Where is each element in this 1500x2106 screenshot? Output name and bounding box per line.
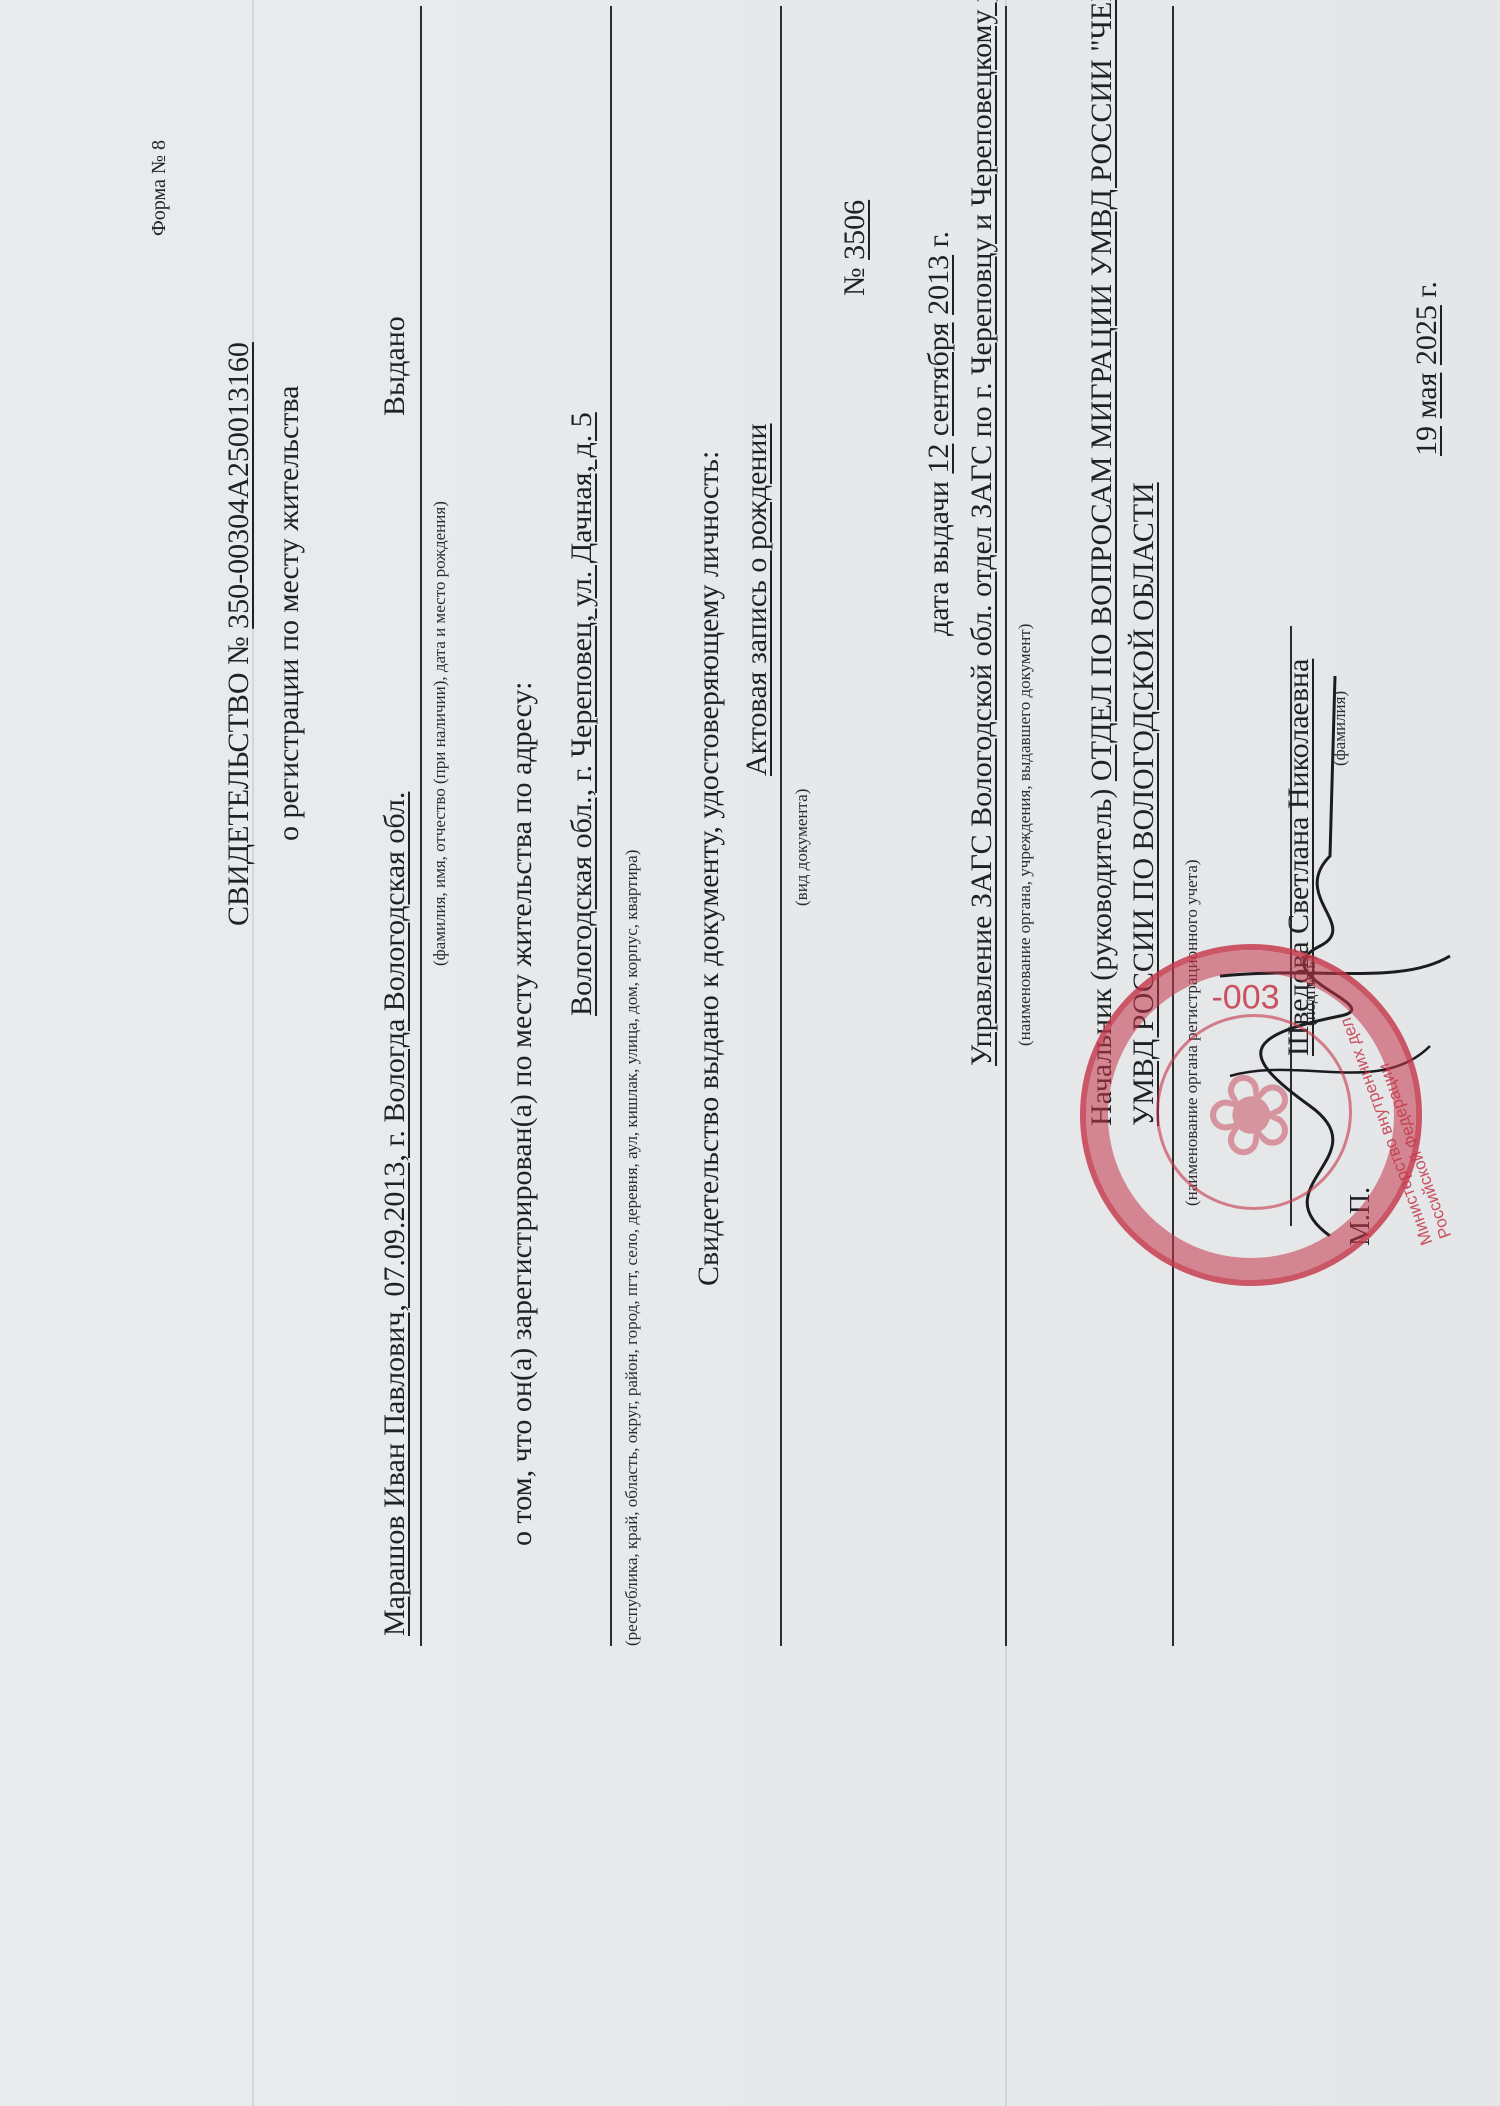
certificate-number: 350-00304A250013160 — [222, 342, 255, 629]
form-number: Форма № 8 — [148, 140, 171, 236]
signer-hint: (фамилия) — [1330, 691, 1350, 766]
registration-statement: о том, что он(а) зарегистрирован(а) по м… — [505, 682, 539, 1546]
issue-date: дата выдачи 12 сентября 2013 г. — [922, 231, 956, 636]
identity-statement: Свидетельство выдано к документу, удосто… — [692, 451, 726, 1286]
registration-hint: (республика, край, область, округ, район… — [622, 850, 642, 1646]
certificate-subtitle: о регистрации по месту жительства — [272, 386, 306, 841]
issuer-underline — [1005, 6, 1007, 1646]
document-number: № 3506 — [838, 200, 872, 296]
issued-to-label: Выдано — [378, 316, 412, 416]
document-type-underline — [780, 6, 782, 1646]
document-type-hint: (вид документа) — [792, 789, 812, 906]
fold-line — [252, 0, 254, 2106]
address-underline — [610, 6, 612, 1646]
registration-address: Вологодская обл., г. Череповец, ул. Дачн… — [565, 412, 599, 1016]
coat-of-arms-icon: ❀ — [1181, 1045, 1321, 1185]
title-prefix: СВИДЕТЕЛЬСТВО № — [222, 636, 255, 926]
issued-to-value: Марашов Иван Павлович, 07.09.2013, г. Во… — [378, 436, 412, 1636]
stamp-code: -003 — [1211, 979, 1279, 1018]
certificate-title: СВИДЕТЕЛЬСТВО № 350-00304A250013160 — [222, 342, 256, 926]
identity-document-type: Актовая запись о рождении — [740, 423, 774, 776]
issued-to-hint: (фамилия, имя, отчество (при наличии), д… — [430, 501, 450, 966]
authority-line1: Начальник (руководитель) ОТДЕЛ ПО ВОПРОС… — [1085, 0, 1119, 1126]
official-stamp: ❀ Министерство внутренних дел Российской… — [1080, 944, 1422, 1286]
issued-to-underline — [420, 6, 422, 1646]
issuing-authority: Управление ЗАГС Вологодской обл. отдел З… — [965, 0, 999, 1066]
authority-underline — [1172, 6, 1174, 1646]
issuer-hint: (наименование органа, учреждения, выдавш… — [1015, 624, 1035, 1046]
document-date: 19 мая 2025 г. — [1410, 281, 1444, 456]
certificate-page: Форма № 8 СВИДЕТЕЛЬСТВО № 350-00304A2500… — [0, 0, 1500, 2106]
